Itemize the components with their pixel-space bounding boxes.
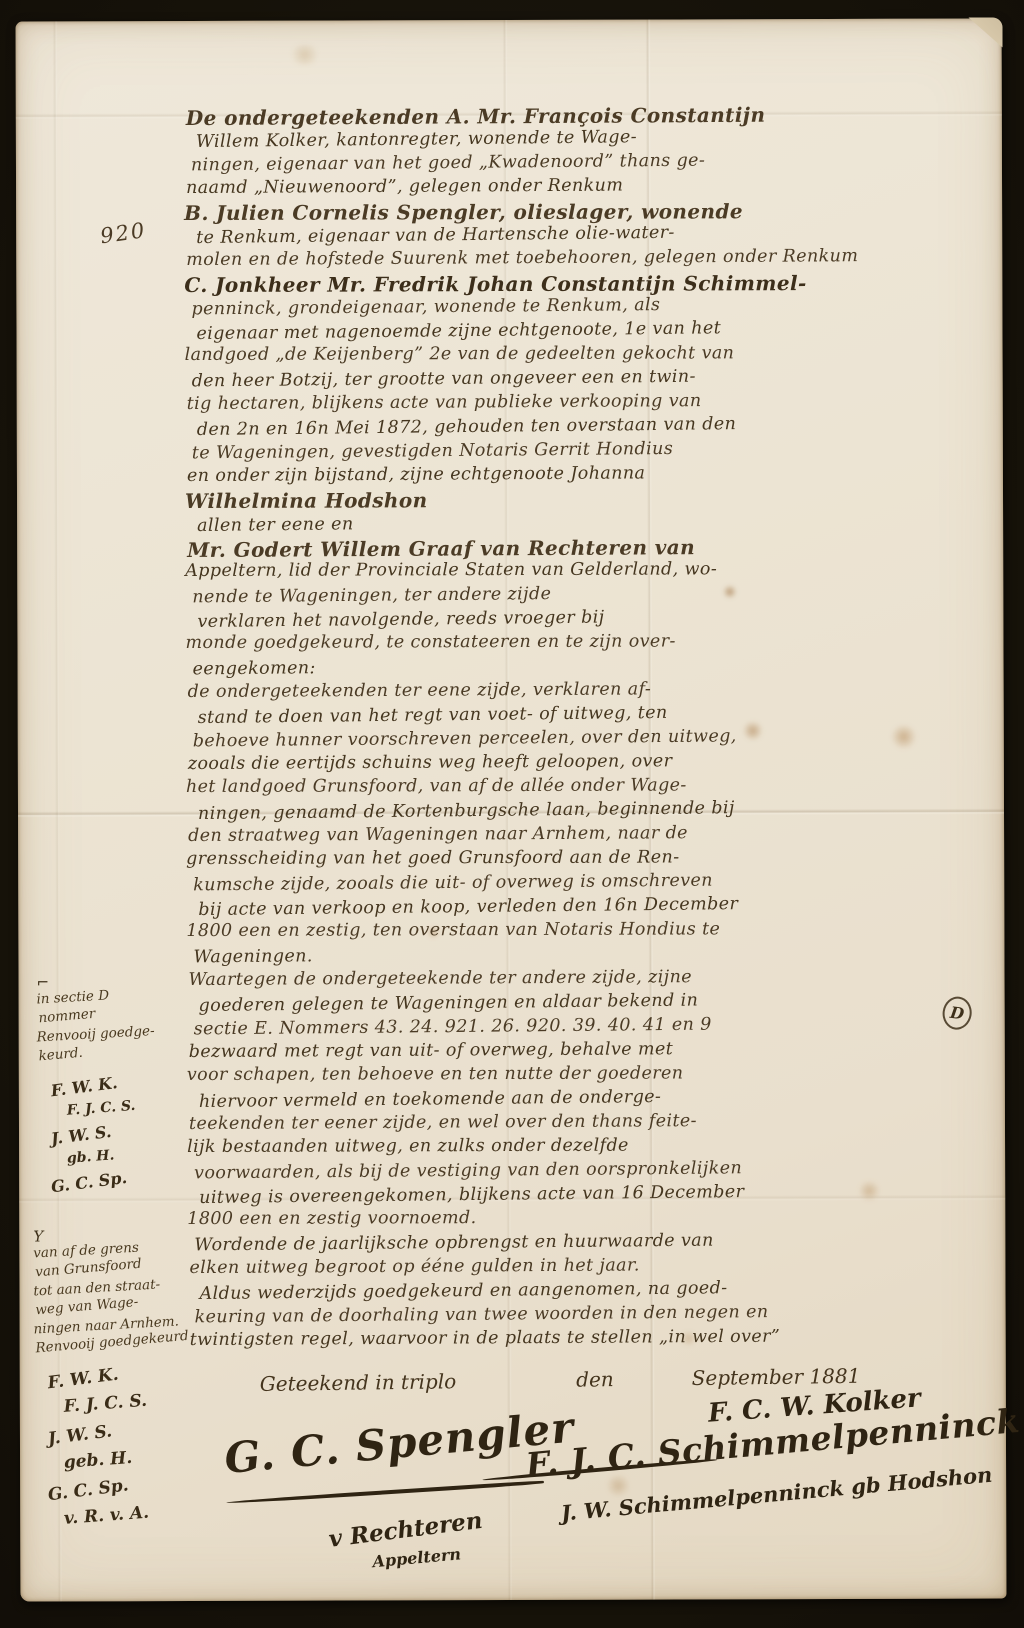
manuscript-line: teekenden ter eener zijde, en wel over d…	[189, 1109, 989, 1138]
margin-note-grens: Y van af de grensvan Grunsfoordtot aan d…	[33, 1227, 192, 1533]
manuscript-line: en onder zijn bijstand, zijne echtgenoot…	[187, 461, 987, 490]
margin-number: 920	[99, 218, 148, 248]
manuscript-line: naamd „Nieuwenoord”, gelegen onder Renku…	[186, 173, 986, 202]
photo-frame: 920 De ondergeteekenden A. Mr. François …	[0, 0, 1024, 1628]
closing-den: den	[576, 1367, 614, 1392]
margin-note-initials: F. W. K.F. J. C. S.J. W. S.geb. H.G. C. …	[34, 1365, 193, 1533]
manuscript-line: den straatweg van Wageningen naar Arnhem…	[188, 821, 988, 850]
manuscript-line: Mr. Godert Willem Graaf van Rechteren va…	[187, 533, 987, 562]
stain	[605, 1475, 631, 1497]
closing-date: September 1881	[692, 1364, 861, 1390]
signature-spengler-flourish	[226, 1480, 544, 1504]
signature-spengler: G. C. Spengler	[222, 1403, 576, 1483]
margin-note-initials: F. W. K.F. J. C. S.J. W. S.gb. H.G. C. S…	[37, 1073, 195, 1195]
corner-fold	[969, 17, 1003, 47]
manuscript-paper: 920 De ondergeteekenden A. Mr. François …	[16, 18, 1007, 1601]
closing-text: Geteekend in triplo	[260, 1369, 457, 1396]
margin-note-lines: van af de grensvan Grunsfoordtot aan den…	[33, 1245, 191, 1359]
manuscript-line: twintigsten regel, waarvoor in de plaats…	[190, 1325, 990, 1354]
photo-background: { "photo": { "background_color": "#18130…	[0, 0, 1024, 1628]
signature-appeltern: Appeltern	[372, 1544, 462, 1571]
margin-note-sectie-d: ⌐ in sectie DnommerRenvooij goedge-keurd…	[37, 973, 196, 1195]
margin-note-lines: in sectie DnommerRenvooij goedge-keurd.	[37, 991, 195, 1067]
closing-line: Geteekend in triplo den September 1881	[260, 1364, 861, 1396]
manuscript-line: zooals die eertijds schuins weg heeft ge…	[188, 749, 988, 778]
manuscript-line: molen en de hofstede Suurenk met toebeho…	[186, 245, 986, 274]
manuscript-line: bezwaard met regt van uit- of overweg, b…	[189, 1037, 989, 1066]
manuscript-body: De ondergeteekenden A. Mr. François Cons…	[184, 103, 988, 1354]
stain	[288, 45, 322, 65]
